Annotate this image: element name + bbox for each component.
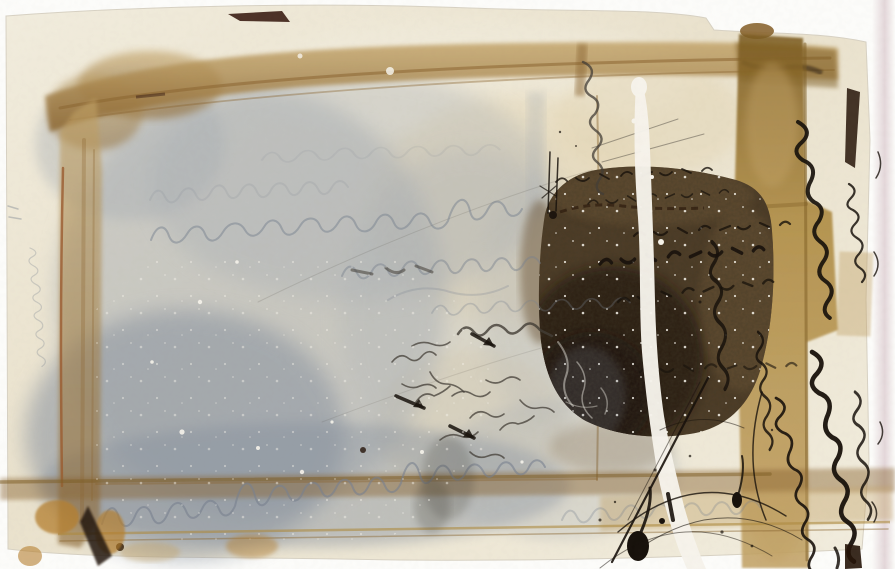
paper-grain-overlay bbox=[0, 0, 895, 569]
artwork-photo bbox=[0, 0, 895, 569]
